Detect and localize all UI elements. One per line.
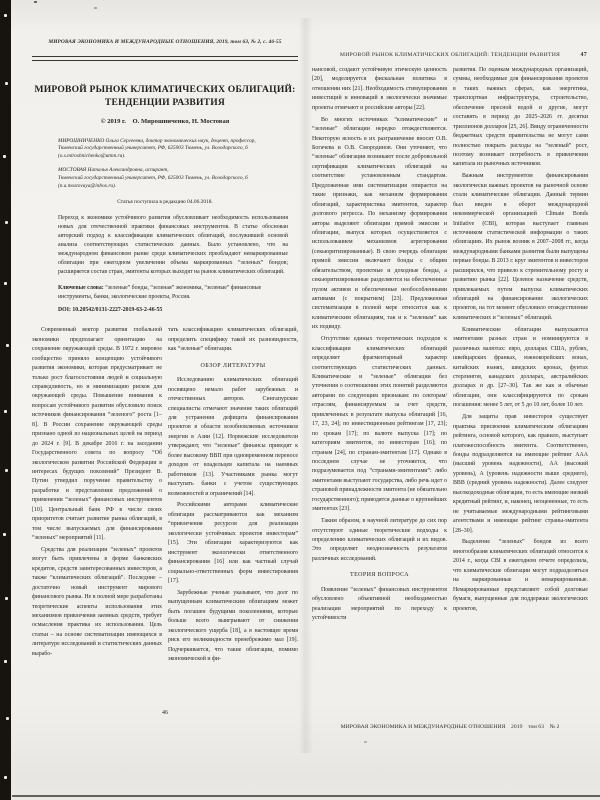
body-paragraph: Средства для реализации “зеленых” проект… (32, 546, 162, 659)
page-number-47: 47 (581, 52, 588, 58)
body-paragraph: Зарубежные ученые указывают, что долг по… (168, 589, 298, 665)
column-1: нансовой, создают устойчивую этическую ц… (312, 66, 447, 626)
author-affiliation-line: Тюменский государственный университет, Р… (58, 145, 288, 161)
section-heading-theory: ТЕОРИЯ ВОПРОСА (312, 571, 447, 581)
body-paragraph: Выделение “зеленых” бондов из всего мног… (453, 538, 588, 614)
scanned-journal-spread: МИРОВАЯ ЭКОНОМИКА И МЕЖДУНАРОДНЫЕ ОТНОШЕ… (0, 0, 600, 800)
body-paragraph: Современный вектор развития глобальной э… (32, 326, 162, 543)
body-paragraph: Для защиты прав инвесторов существует пр… (453, 413, 588, 536)
body-paragraph: развития. По оценкам международных орган… (453, 66, 588, 170)
received-date-line: Статья поступила в редакцию 04.06.2018. (32, 199, 298, 205)
journal-footer-line: МИРОВАЯ ЭКОНОМИКА И МЕЖДУНАРОДНЫЕ ОТНОШЕ… (312, 724, 588, 730)
body-columns: нансовой, создают устойчивую этическую ц… (312, 66, 588, 626)
body-paragraph: Российскими авторами климатические облиг… (168, 501, 298, 586)
film-sprocket-dots (4, 14, 7, 17)
left-page: МИРОВАЯ ЭКОНОМИКА И МЕЖДУНАРОДНЫЕ ОТНОШЕ… (32, 36, 298, 752)
running-header: МИРОВОЙ РЫНОК КЛИМАТИЧЕСКИХ ОБЛИГАЦИЙ: Т… (312, 52, 588, 58)
column-2: развития. По оценкам международных орган… (453, 66, 588, 626)
scanner-film-edge (0, 0, 11, 800)
body-paragraph: Важным инструментом финансирования эколо… (453, 172, 588, 323)
section-heading-literature-review: ОБЗОР ЛИТЕРАТУРЫ (168, 362, 298, 372)
column-2: тать классификацию климатических облигац… (168, 326, 298, 667)
body-paragraph: Во многих источниках “климатические” и “… (312, 116, 447, 333)
body-paragraph: Отсутствие единых теоретических подходов… (312, 335, 447, 514)
author-block: МИРОШНИЧЕНКО Ольга Сергеевна, доктор эко… (58, 138, 288, 162)
running-title: МИРОВОЙ РЫНОК КЛИМАТИЧЕСКИХ ОБЛИГАЦИЙ: Т… (340, 52, 560, 58)
scan-bottom-edge-line (12, 795, 600, 797)
body-paragraph: Появление “зеленых” финансовых инструмен… (312, 586, 447, 624)
article-title: МИРОВОЙ РЫНОК КЛИМАТИЧЕСКИХ ОБЛИГАЦИЙ: Т… (32, 84, 298, 110)
page-spine-shadow (299, 18, 313, 753)
body-paragraph: тать классификацию климатических облигац… (168, 326, 298, 354)
scan-speck (34, 1, 37, 3)
body-paragraph: Таким образом, в научной литературе до с… (312, 517, 447, 564)
column-1: Современный вектор развития глобальной э… (32, 326, 162, 667)
copyright-byline: © 2019 г. О. Мирошниченко, Н. Мостовая (32, 118, 298, 125)
journal-citation-line: МИРОВАЯ ЭКОНОМИКА И МЕЖДУНАРОДНЫЕ ОТНОШЕ… (32, 39, 298, 45)
page-number-46: 46 (32, 710, 298, 716)
header-double-rule (32, 56, 298, 61)
abstract: Переход к экономике устойчивого развития… (58, 214, 288, 277)
right-page: МИРОВОЙ РЫНОК КЛИМАТИЧЕСКИХ ОБЛИГАЦИЙ: Т… (312, 52, 588, 752)
keywords: Ключевые слова: “зеленые” бонды, “зелена… (58, 284, 288, 301)
author-block: МОСТОВАЯ Наталья Александровна, аспирант… (58, 167, 288, 191)
body-paragraph: нансовой, создают устойчивую этическую ц… (312, 66, 447, 113)
keywords-label: Ключевые слова: (58, 285, 104, 291)
body-paragraph: Исследованию климатических облигаций пос… (168, 376, 298, 499)
body-paragraph: Климатические облигации выпускаются эмит… (453, 326, 588, 411)
body-columns: Современный вектор развития глобальной э… (32, 326, 298, 667)
author-affiliation-line: Тюменский государственный университет, Р… (58, 175, 288, 191)
doi-line: DOI: 10.20542/0131-2227-2019-63-2-46-55 (58, 307, 288, 313)
author-affiliations: МИРОШНИЧЕНКО Ольга Сергеевна, доктор эко… (58, 138, 288, 192)
